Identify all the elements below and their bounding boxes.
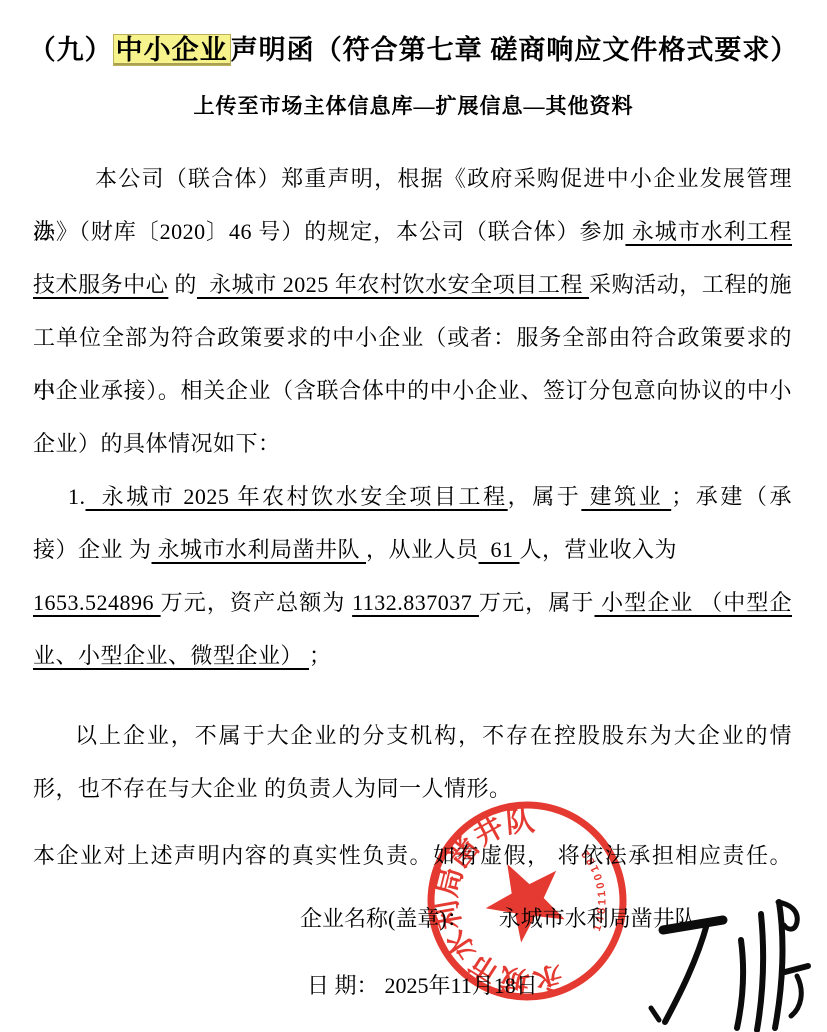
text-segment: 本企业对上述声明内容的真实性负责。如有虚假， 将依法承担相应责任。: [33, 843, 792, 868]
underlined-fill-in-text: 61: [479, 537, 520, 562]
company-seal-label: 企业名称(盖章)：: [300, 906, 469, 931]
body-line: 技术服务中心 的 永城市 2025 年农村饮水安全项目工程 采购活动，工程的施: [33, 258, 792, 311]
body-line: 1653.524896 万元，资产总额为 1132.837037 万元，属于 小…: [33, 576, 792, 629]
underlined-fill-in-text: 小型企业 （中型企: [594, 590, 792, 615]
title-prefix: （九）: [29, 35, 113, 65]
body-line: 业、小型企业、微型企业） ；: [33, 629, 792, 682]
body-line: 形，也不存在与大企业 的负责人为同一人情形。: [33, 762, 792, 815]
underlined-fill-in-text: 永城市水利工程: [625, 219, 792, 244]
underlined-fill-in-text: 技术服务中心: [33, 272, 168, 297]
text-segment: 法》（财库〔2020〕46 号）的规定，本公司（联合体）参加: [33, 219, 625, 244]
underlined-fill-in-text: 1653.524896: [33, 590, 161, 615]
text-segment: 的: [168, 272, 197, 297]
text-segment: 1.: [68, 484, 86, 509]
text-segment: 小企业承接）。相关企业（含联合体中的中小企业、签订分包意向协议的中小: [33, 378, 792, 403]
text-segment: ，从业人员: [366, 537, 479, 562]
date-value: 2025年11月18日: [385, 973, 538, 998]
body-line: 本公司（联合体）郑重声明，根据《政府采购促进中小企业发展管理办: [33, 152, 792, 205]
text-segment: ；承建（承: [671, 484, 792, 509]
underlined-fill-in-text: 永城市水利局凿井队: [152, 537, 367, 562]
text-segment: ，属于: [508, 484, 582, 509]
date-label: 日 期：: [307, 973, 379, 998]
text-segment: 万元，资产总额为: [161, 590, 353, 615]
document-title: （九）中小企业声明函（符合第七章 磋商响应文件格式要求）: [20, 30, 807, 70]
text-segment: 企业）的具体情况如下：: [33, 431, 281, 456]
text-segment: 人，营业收入为: [520, 537, 678, 562]
underlined-fill-in-text: 永城市 2025 年农村饮水安全项目工程: [86, 484, 508, 509]
title-highlighted-term: 中小企业: [113, 34, 231, 66]
title-rest: 声明函（符合第七章 磋商响应文件格式要求）: [231, 35, 799, 65]
text-segment: 形，也不存在与大企业 的负责人为同一人情形。: [33, 776, 512, 801]
body-line: 接）企业 为 永城市水利局凿井队 ，从业人员 61 人，营业收入为: [33, 523, 792, 576]
company-name-value: 永城市水利局凿井队: [499, 906, 697, 931]
declaration-document-page: （九）中小企业声明函（符合第七章 磋商响应文件格式要求） 上传至市场主体信息库—…: [0, 0, 827, 1032]
underlined-fill-in-text: 永城市 2025 年农村饮水安全项目工程: [197, 272, 589, 297]
body-line: 小企业承接）。相关企业（含联合体中的中小企业、签订分包意向协议的中小: [33, 364, 792, 417]
body-line: 工单位全部为符合政策要求的中小企业（或者：服务全部由符合政策要求的中: [33, 311, 792, 364]
date-line: 日 期：2025年11月18日: [0, 959, 827, 1012]
body-line: 本企业对上述声明内容的真实性负责。如有虚假， 将依法承担相应责任。: [33, 829, 792, 882]
underlined-fill-in-text: 1132.837037: [352, 590, 479, 615]
underlined-fill-in-text: 业、小型企业、微型企业）: [33, 643, 309, 668]
body-line: 1. 永城市 2025 年农村饮水安全项目工程，属于 建筑业 ；承建（承: [33, 470, 792, 523]
document-body: 本公司（联合体）郑重声明，根据《政府采购促进中小企业发展管理办法》（财库〔202…: [33, 152, 792, 882]
text-segment: 以上企业，不属于大企业的分支机构，不存在控股股东为大企业的情: [75, 723, 792, 748]
document-subtitle: 上传至市场主体信息库—扩展信息—其他资料: [0, 92, 827, 120]
body-line: 企业）的具体情况如下：: [33, 417, 792, 470]
text-segment: 采购活动，工程的施: [589, 272, 792, 297]
text-segment: 万元，属于: [479, 590, 595, 615]
underlined-fill-in-text: 建筑业: [581, 484, 671, 509]
text-segment: ；: [309, 643, 332, 668]
body-line: 法》（财库〔2020〕46 号）的规定，本公司（联合体）参加 永城市水利工程: [33, 205, 792, 258]
company-name-line: 企业名称(盖章)：永城市水利局凿井队: [0, 892, 827, 945]
text-segment: 接）企业 为: [33, 537, 152, 562]
body-line: 以上企业，不属于大企业的分支机构，不存在控股股东为大企业的情: [33, 709, 792, 762]
